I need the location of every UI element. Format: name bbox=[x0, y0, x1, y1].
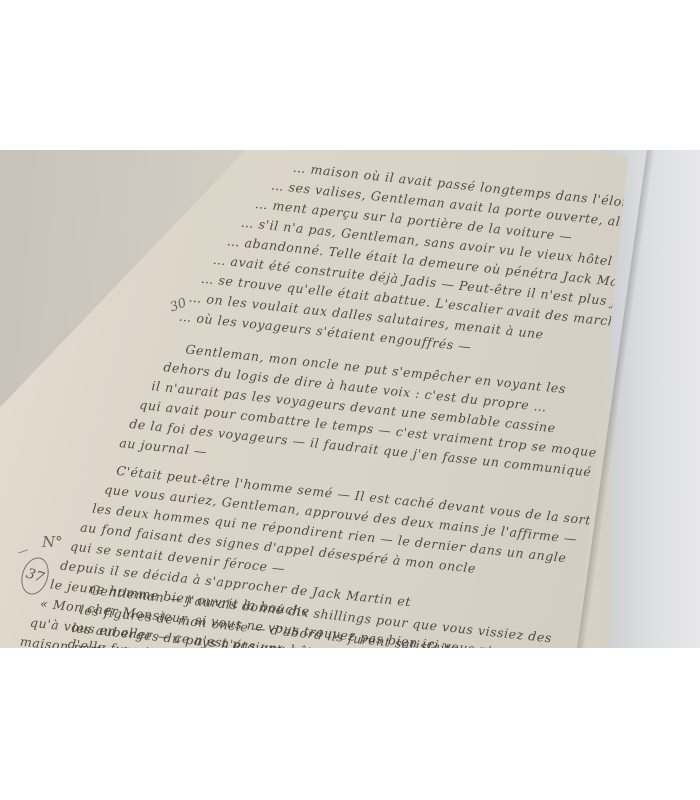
folio-number: 37 bbox=[24, 566, 46, 587]
underlying-page bbox=[610, 150, 700, 648]
margin-note-lower: N° bbox=[42, 533, 63, 551]
manuscript-photo: … maison où il avait passé longtemps dan… bbox=[0, 150, 700, 648]
handwriting-line: au journal — bbox=[119, 435, 208, 459]
